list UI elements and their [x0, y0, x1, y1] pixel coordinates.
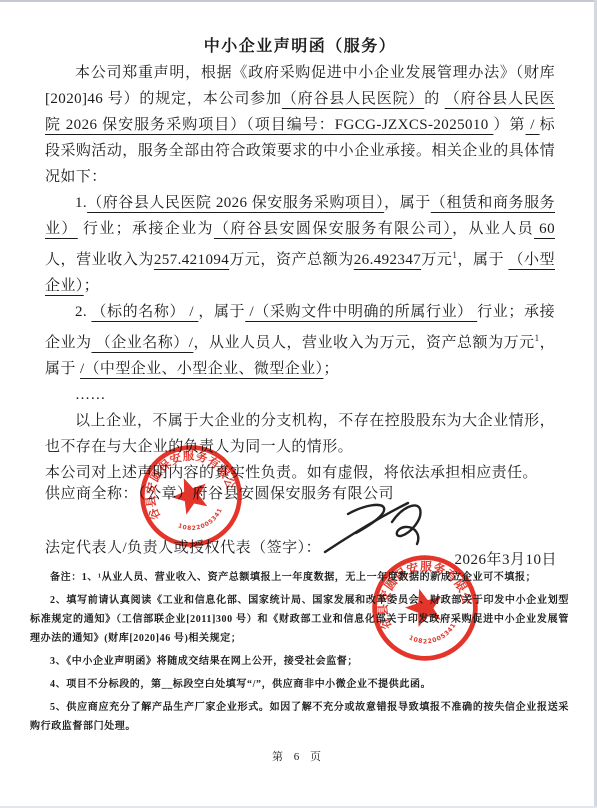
item1-assets: 26.492347: [354, 252, 421, 268]
ellipsis-line: ……: [45, 382, 555, 408]
item2-industry-blank: /（采购文件中明确的所属行业）: [245, 304, 477, 320]
remark-item-1: 备注：1、¹从业人员、营业收入、资产总额填报上一年度数据，无上一年度数据的新成立…: [30, 568, 569, 587]
item2-company-blank: （企业名称）/: [92, 335, 194, 351]
page-number: 第 6 页: [0, 748, 597, 764]
scan-edge-top: [0, 0, 597, 2]
item1-revenue: 257.421094: [154, 252, 229, 268]
seal-star-icon: [167, 471, 214, 517]
enterprise-item-1: 1.（府谷县人民医院 2026 保安服务采购项目），属于（租赁和商务服务业） 行…: [45, 190, 555, 299]
item1-staff-count: 60: [534, 221, 555, 237]
item1-project-filled: （府谷县人民医院 2026 保安服务采购项目）: [87, 195, 384, 211]
declaration-paragraph: 本公司郑重声明，根据《政府采购促进中小企业发展管理办法》（财库[2020]46 …: [45, 60, 555, 190]
supplier-label: 供应商全称：: [45, 486, 138, 502]
enterprise-item-2: 2. （标的名称） / ，属于 /（采购文件中明确的所属行业） 行业；承接企业为…: [45, 299, 555, 382]
lot-number-filled: /: [525, 117, 539, 133]
handwritten-signature: [320, 494, 432, 558]
remark-item-4: 4、项目不分标段的，第__标段空白处填写“/”，供应商非中小微企业不提供此函。: [30, 675, 569, 694]
remark-item-3: 3、《中小企业声明函》将随成交结果在网上公开，接受社会监督；: [30, 652, 569, 671]
no-large-enterprise-paragraph: 以上企业，不属于大企业的分支机构，不存在控股股东为大企业情形，也不存在与大企业的…: [45, 408, 555, 460]
document-page: { "title": "中小企业声明函（服务）", "body": { "p1"…: [0, 0, 597, 808]
remark-item-2: 2、填写前请认真阅读《工业和信息化部、国家统计局、国家发展和改革委员会、财政部关…: [30, 591, 569, 648]
item2-subject-blank: （标的名称） /: [91, 304, 198, 320]
purchaser-name-filled: （府谷县人民医院）: [282, 91, 424, 107]
item2-enterprise-type-blank: /（中型企业、小型企业、微型企业）: [80, 361, 323, 377]
item1-company-filled: （府谷县安圆保安服务有限公司）: [214, 221, 452, 237]
remark-item-5: 5、供应商应充分了解产品生产厂家企业形式。如因了解不充分或故意错报导致填报不准确…: [30, 698, 569, 736]
document-body: 中小企业声明函（服务） 本公司郑重声明，根据《政府采购促进中小企业发展管理办法》…: [45, 34, 555, 486]
remarks-section: 备注：1、¹从业人员、营业收入、资产总额填报上一年度数据，无上一年度数据的新成立…: [30, 568, 569, 740]
page-title: 中小企业声明函（服务）: [45, 34, 555, 60]
